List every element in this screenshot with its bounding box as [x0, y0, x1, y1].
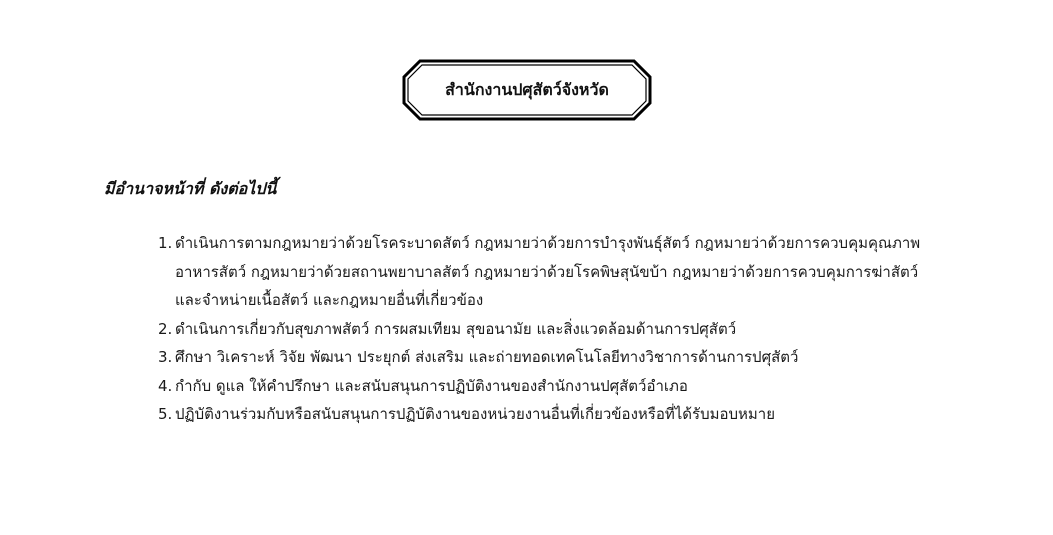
duty-number: 2.: [158, 315, 175, 344]
title-frame: สำนักงานปศุสัตว์จังหวัด: [402, 59, 652, 121]
duty-number: 3.: [158, 343, 175, 372]
duties-list: 1. ดำเนินการตามกฎหมายว่าด้วยโรคระบาดสัตว…: [158, 229, 958, 429]
duty-text-line: ศึกษา วิเคราะห์ วิจัย พัฒนา ประยุกต์ ส่ง…: [175, 343, 798, 372]
duty-item-2: 2. ดำเนินการเกี่ยวกับสุขภาพสัตว์ การผสมเ…: [158, 315, 958, 344]
duty-item-1: 1. ดำเนินการตามกฎหมายว่าด้วยโรคระบาดสัตว…: [158, 229, 958, 315]
duty-item-4: 4. กำกับ ดูแล ให้คำปรึกษา และสนับสนุนการ…: [158, 372, 958, 401]
duty-item-3: 3. ศึกษา วิเคราะห์ วิจัย พัฒนา ประยุกต์ …: [158, 343, 958, 372]
duty-text-line: ดำเนินการตามกฎหมายว่าด้วยโรคระบาดสัตว์ ก…: [175, 229, 920, 258]
duty-number: 5.: [158, 400, 175, 429]
duty-text-line: และจำหน่ายเนื้อสัตว์ และกฎหมายอื่นที่เกี…: [175, 286, 920, 315]
duty-number: 4.: [158, 372, 175, 401]
duty-number: 1.: [158, 229, 175, 315]
duty-text-line: ปฏิบัติงานร่วมกับหรือสนับสนุนการปฏิบัติง…: [175, 400, 775, 429]
duty-text-line: กำกับ ดูแล ให้คำปรึกษา และสนับสนุนการปฏิ…: [175, 372, 688, 401]
duty-item-5: 5. ปฏิบัติงานร่วมกับหรือสนับสนุนการปฏิบั…: [158, 400, 958, 429]
duty-text-line: ดำเนินการเกี่ยวกับสุขภาพสัตว์ การผสมเทีย…: [175, 315, 736, 344]
page-title: สำนักงานปศุสัตว์จังหวัด: [402, 59, 652, 121]
section-heading: มีอำนาจหน้าที่ ดังต่อไปนี้: [104, 177, 276, 202]
duty-text-line: อาหารสัตว์ กฎหมายว่าด้วยสถานพยาบาลสัตว์ …: [175, 258, 920, 287]
